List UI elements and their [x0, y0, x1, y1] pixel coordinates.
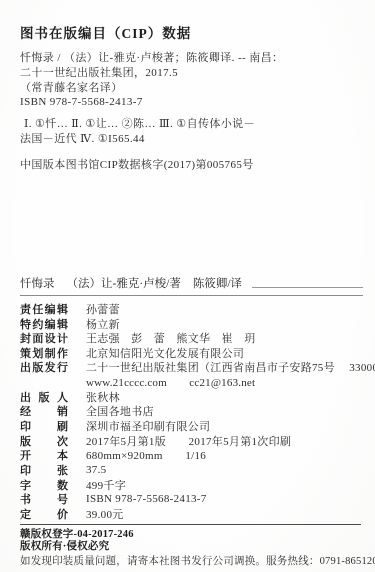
colophon-row-isbn: 书号 ISBN 978-7-5568-2413-7 — [20, 492, 363, 507]
row-value: 全国各地书店 — [86, 403, 154, 419]
book-title: 忏悔录 — [20, 275, 55, 291]
cip-bib-line: （常青藤名家名译） — [20, 81, 363, 96]
book-author: （法）让-雅克·卢梭/著 — [67, 275, 181, 291]
row-value: 2017年5月第1版 2017年5月第1次印刷 — [86, 433, 291, 449]
cip-block: 图书在版编目（CIP）数据 忏悔录 / （法）让-雅克·卢梭著；陈筱卿译. --… — [20, 26, 363, 173]
colophon-row-responsible-editor: 责任编辑 孙蕾蕾 — [20, 302, 363, 317]
colophon-row-publisher: 出版发行 二十一世纪出版社集团（江西省南昌市子安路75号 330009） — [20, 360, 363, 375]
title-rule-filler — [252, 287, 363, 288]
colophon-row-sheets: 印张 37.5 — [20, 463, 363, 478]
row-label: 字数 — [20, 477, 68, 493]
row-label: 书号 — [20, 491, 68, 507]
title-row: 忏悔录 （法）让-雅克·卢梭/著 陈筱卿/译 — [20, 275, 363, 296]
row-value: 杨立新 — [86, 316, 120, 332]
row-value: 二十一世纪出版社集团（江西省南昌市子安路75号 330009） — [86, 359, 375, 375]
colophon-row-planning: 策划制作 北京知信阳光文化发展有限公司 — [20, 346, 363, 361]
row-value: 499千字 — [86, 477, 126, 493]
cip-isbn-line: ISBN 978-7-5568-2413-7 — [20, 95, 363, 110]
row-label: 印刷 — [20, 418, 68, 434]
footer-block: 赣版权登字-04-2017-246 版权所有·侵权必究 如发现印装质量问题，请寄… — [20, 524, 361, 568]
row-value: 王志强 彭 蕾 熊文华 崔 玥 — [86, 330, 256, 346]
cip-class-line: 法国－近代 Ⅳ. ①I565.44 — [20, 132, 363, 147]
cip-bib-line: 二十一世纪出版社集团，2017.5 — [20, 66, 363, 81]
colophon-row-printing: 印刷 深圳市福圣印刷有限公司 — [20, 419, 363, 434]
colophon-table: 责任编辑 孙蕾蕾 特约编辑 杨立新 封面设计 王志强 彭 蕾 熊文华 崔 玥 策… — [20, 302, 363, 522]
row-value: 北京知信阳光文化发展有限公司 — [86, 345, 244, 361]
cip-bibliographic-lines: 忏悔录 / （法）让-雅克·卢梭著；陈筱卿译. -- 南昌： 二十一世纪出版社集… — [20, 51, 363, 110]
cip-classification: Ⅰ. ①忏… Ⅱ. ①让… ②陈… Ⅲ. ①自传体小说－ 法国－近代 Ⅳ. ①I… — [20, 117, 363, 147]
copyright-registration: 赣版权登字-04-2017-246 — [20, 529, 361, 541]
row-label: 特约编辑 — [20, 316, 68, 332]
copyright-page: 图书在版编目（CIP）数据 忏悔录 / （法）让-雅克·卢梭著；陈筱卿译. --… — [0, 0, 375, 572]
row-label: 封面设计 — [20, 330, 68, 346]
publisher-website: www.21cccc.com cc21@163.net — [86, 374, 255, 390]
row-label: 开本 — [20, 447, 68, 463]
colophon-row-publisher-person: 出版人 张秋林 — [20, 389, 363, 404]
cip-bib-line: 忏悔录 / （法）让-雅克·卢梭著；陈筱卿译. -- 南昌： — [20, 51, 363, 66]
colophon-row-word-count: 字数 499千字 — [20, 477, 363, 492]
row-label: 印张 — [20, 462, 68, 478]
book-translator: 陈筱卿/译 — [193, 275, 242, 291]
service-hotline-line: 如发现印装质量问题，请寄本社图书发行公司调换。服务热线：0791-8651205… — [20, 555, 361, 568]
row-label: 定价 — [20, 506, 68, 522]
row-label: 出版发行 — [20, 359, 68, 375]
colophon-row-website: www.21cccc.com cc21@163.net — [20, 375, 363, 390]
cip-record-number: 中国版本图书馆CIP数据核字(2017)第005765号 — [20, 158, 363, 173]
row-label: 版次 — [20, 433, 68, 449]
row-label: 责任编辑 — [20, 301, 68, 317]
colophon-row-price: 定价 39.00元 — [20, 507, 363, 522]
cip-class-line: Ⅰ. ①忏… Ⅱ. ①让… ②陈… Ⅲ. ①自传体小说－ — [20, 117, 363, 132]
colophon-row-format: 开本 680mm×920mm 1/16 — [20, 448, 363, 463]
row-value: 张秋林 — [86, 389, 120, 405]
row-label: 经销 — [20, 403, 68, 419]
row-label: 策划制作 — [20, 345, 68, 361]
colophon-row-cover-design: 封面设计 王志强 彭 蕾 熊文华 崔 玥 — [20, 331, 363, 346]
rights-notice: 版权所有·侵权必究 — [20, 541, 361, 553]
colophon-row-special-editor: 特约编辑 杨立新 — [20, 316, 363, 331]
row-value: 680mm×920mm 1/16 — [86, 447, 206, 463]
cip-heading: 图书在版编目（CIP）数据 — [20, 26, 363, 42]
colophon-row-edition: 版次 2017年5月第1版 2017年5月第1次印刷 — [20, 433, 363, 448]
row-label: 出版人 — [20, 389, 68, 405]
row-value: 39.00元 — [86, 506, 124, 522]
row-value: 深圳市福圣印刷有限公司 — [86, 418, 210, 434]
row-value: 孙蕾蕾 — [86, 301, 120, 317]
row-value: 37.5 — [86, 464, 106, 476]
row-value: ISBN 978-7-5568-2413-7 — [86, 493, 207, 505]
colophon-row-distribution: 经销 全国各地书店 — [20, 404, 363, 419]
